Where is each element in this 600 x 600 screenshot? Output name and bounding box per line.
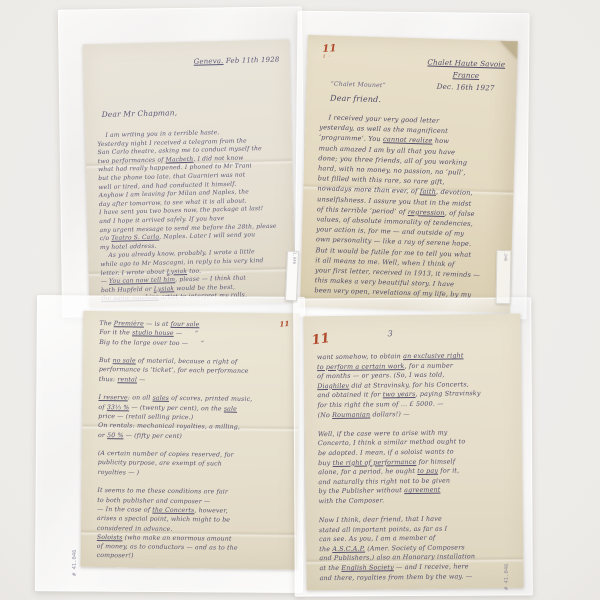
letter-date: Dec. 16th 1927 (427, 80, 505, 94)
red-crayon-submark: 1 · (323, 54, 337, 60)
archival-tag-right: 41.046 (496, 250, 512, 304)
inventory-mark-right: # 41.046 (504, 564, 510, 591)
archival-tag-text: 41.046 (292, 251, 297, 260)
plastic-sleeve-bottom-left: 11 The Première — is at four saleFor it … (35, 295, 305, 593)
letter-page-top-right: 11 1 · “Chalet Mounet” Chalet Haute Savo… (300, 35, 518, 313)
letter-body: want somehow, to obtain an exclusive rig… (317, 351, 520, 584)
letter-salutation: Dear Mr Chapman, (102, 108, 178, 119)
folded-corner (499, 41, 518, 60)
archival-tag-middle: 41.046 (285, 251, 299, 301)
letter-address-line1: Chalet Haute Savoie (427, 56, 505, 70)
letter-page-bottom-right: 11 3 want somehow, to obtain an exclusiv… (303, 314, 523, 591)
red-crayon-number: 11 (322, 43, 337, 55)
letter-date: Feb 11th 1928 (226, 56, 280, 65)
red-crayon-number: 11 (311, 331, 331, 348)
plastic-sleeve-bottom-right: 11 3 want somehow, to obtain an exclusiv… (293, 297, 533, 596)
handwriting-line: and there, royalties from them by the wa… (320, 571, 520, 583)
inventory-mark-left: # 41.046 (72, 550, 78, 577)
photo-of-letters: Geneva. Feb 11th 1928 Dear Mr Chapman, I… (0, 0, 600, 600)
page-number: 3 (388, 329, 393, 338)
plastic-sleeve-top-right: 11 1 · “Chalet Mounet” Chalet Haute Savo… (294, 11, 529, 319)
letter-place: Geneva. (194, 57, 224, 66)
letter-dateline: Geneva. Feb 11th 1928 (194, 56, 280, 66)
letter-page-top-left: Geneva. Feb 11th 1928 Dear Mr Chapman, I… (83, 39, 295, 307)
letter-body: The Première — is at four saleFor it the… (97, 319, 296, 563)
plastic-sleeve-top-left: Geneva. Feb 11th 1928 Dear Mr Chapman, I… (58, 6, 306, 317)
archival-tag-text: 41.046 (503, 250, 508, 260)
letter-salutation: Dear friend. (330, 94, 381, 105)
handwriting-line: composer!) (97, 551, 293, 563)
red-crayon-mark: 11 1 · (322, 43, 337, 60)
letter-corner-note: “Chalet Mounet” (330, 81, 385, 90)
red-crayon-mark: 11 (311, 331, 331, 348)
letter-body: I received your very good letteryesterda… (314, 112, 511, 301)
letter-address-block: Chalet Haute Savoie France Dec. 16th 192… (427, 56, 506, 94)
letter-body: I am writing you in a terrible haste.Yes… (97, 127, 291, 303)
letter-page-bottom-left: 11 The Première — is at four saleFor it … (80, 311, 299, 570)
